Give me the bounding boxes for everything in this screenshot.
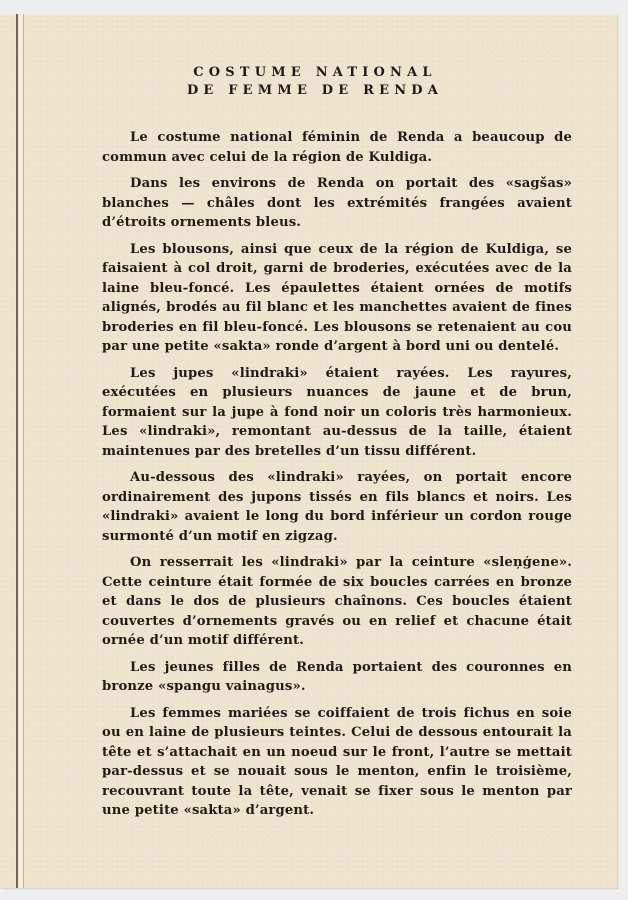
paragraph-skirts: Les jupes «lindraki» étaient rayées. Les… [102, 364, 572, 462]
paragraph-belt: On resserrait les «lindraki» par la cein… [102, 553, 572, 651]
document-title: COSTUME NATIONAL DE FEMME DE RENDA [150, 64, 480, 100]
title-line-2: DE FEMME DE RENDA [150, 82, 480, 100]
paragraph-intro: Le costume national féminin de Renda a b… [102, 128, 572, 167]
page-fold-highlight [19, 14, 24, 888]
paragraph-crowns: Les jeunes filles de Renda portaient des… [102, 658, 572, 697]
page-fold-line [16, 14, 18, 888]
paragraph-blouses: Les blousons, ainsi que ceux de la régio… [102, 240, 572, 357]
title-line-1: COSTUME NATIONAL [150, 64, 480, 82]
paragraph-headscarves: Les femmes mariées se coiffaient de troi… [102, 704, 572, 821]
document-body: Le costume national féminin de Renda a b… [102, 128, 572, 828]
paragraph-petticoats: Au-dessous des «lindraki» rayées, on por… [102, 468, 572, 546]
paragraph-shawls: Dans les environs de Renda on portait de… [102, 174, 572, 233]
